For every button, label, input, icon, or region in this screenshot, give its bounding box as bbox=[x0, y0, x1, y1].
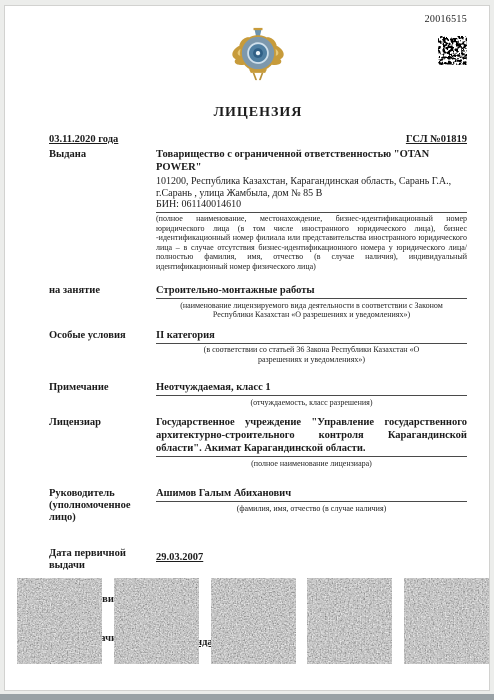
activity-value: Строительно-монтажные работы bbox=[156, 284, 467, 299]
qr-code bbox=[438, 36, 467, 65]
field-special-conditions: Особые условия II категория (в соответст… bbox=[49, 329, 467, 365]
field-issued-to: Выдана Товарищество с ограниченной ответ… bbox=[49, 148, 467, 271]
document-number: 20016515 bbox=[49, 14, 467, 25]
head-person-note: (фамилия, имя, отчество (в случае наличи… bbox=[156, 502, 467, 513]
licensor-note: (полное наименование лицензиара) bbox=[156, 457, 467, 468]
remark-label: Примечание bbox=[49, 381, 156, 407]
noise-barcode-block-4 bbox=[307, 578, 392, 664]
noise-barcode-block-5 bbox=[404, 578, 489, 664]
issued-to-address: 101200, Республика Казахстан, Карагандин… bbox=[156, 176, 467, 199]
activity-note: (наименование лицензируемого вида деятел… bbox=[156, 299, 467, 320]
noise-barcode-block-3 bbox=[211, 578, 296, 664]
remark-value: Неотчуждаемая, класс 1 bbox=[156, 381, 467, 396]
noise-barcode-block-2 bbox=[114, 578, 199, 664]
remark-note: (отчуждаемость, класс разрешения) bbox=[156, 396, 467, 407]
page-bottom-edge bbox=[0, 694, 494, 700]
special-conditions-note: (в соответствии со статьей 36 Закона Рес… bbox=[156, 344, 467, 365]
page-title: ЛИЦЕНЗИЯ bbox=[49, 105, 467, 121]
head-person-label: Руководитель (уполномоченное лицо) bbox=[49, 487, 156, 524]
noise-barcode-block-1 bbox=[17, 578, 102, 664]
field-first-issue-date: Дата первичной выдачи 29.03.2007 bbox=[49, 547, 467, 572]
special-conditions-value: II категория bbox=[156, 329, 467, 344]
licensor-label: Лицензиар bbox=[49, 416, 156, 468]
issue-date: 03.11.2020 года bbox=[49, 134, 118, 145]
field-activity: на занятие Строительно-монтажные работы … bbox=[49, 284, 467, 320]
field-licensor: Лицензиар Государственное учреждение "Уп… bbox=[49, 416, 467, 468]
field-remark: Примечание Неотчуждаемая, класс 1 (отчуж… bbox=[49, 381, 467, 407]
activity-label: на занятие bbox=[49, 284, 156, 320]
meta-row: 03.11.2020 года ГСЛ №01819 bbox=[49, 134, 467, 145]
kazakhstan-coat-of-arms-icon bbox=[231, 26, 285, 82]
license-number: ГСЛ №01819 bbox=[406, 134, 467, 145]
special-conditions-label: Особые условия bbox=[49, 329, 156, 365]
issued-to-name: Товарищество с ограниченной ответственно… bbox=[156, 148, 467, 174]
first-issue-label: Дата первичной выдачи bbox=[49, 547, 156, 572]
field-head-person: Руководитель (уполномоченное лицо) Ашимо… bbox=[49, 487, 467, 524]
issued-to-note: (полное наименование, местонахождение, б… bbox=[156, 213, 467, 272]
first-issue-value: 29.03.2007 bbox=[156, 552, 203, 563]
header-emblem-row bbox=[49, 26, 467, 84]
licensor-value: Государственное учреждение "Управление г… bbox=[156, 416, 467, 457]
issued-to-label: Выдана bbox=[49, 148, 156, 271]
issued-to-bin: БИН: 061140014610 bbox=[156, 199, 467, 211]
security-barcode-strip bbox=[17, 578, 489, 664]
head-person-value: Ашимов Галым Абиханович bbox=[156, 487, 467, 502]
